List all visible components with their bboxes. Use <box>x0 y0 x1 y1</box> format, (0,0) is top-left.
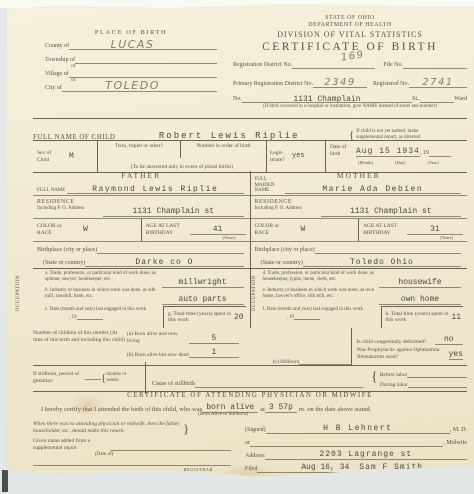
paper-edge-shadow <box>2 470 8 492</box>
mother-occ-h-label: h. Total time (years) spent in this work <box>386 311 452 324</box>
filed-label: Filed <box>245 466 257 473</box>
county-line: LUCAS <box>69 46 217 50</box>
mother-age-label: AGE AT LAST BIRTHDAY <box>363 223 407 236</box>
sex-value: M <box>69 152 74 161</box>
father-occ-b-value: auto parts <box>178 295 226 304</box>
father-occ-cf-row: c. Date (month and year) last engaged in… <box>45 306 246 328</box>
cause-cell: Cause of stillbirth <box>145 362 371 394</box>
time-field: 3 57p <box>265 403 297 413</box>
dob-sublabels: (Month) (Day) (Year) <box>330 160 465 165</box>
sex-cell: Sex of Child M <box>33 141 97 172</box>
mother-birthplace-row: Birthplace (city or place) <box>251 242 468 254</box>
registered-no-value: 2741 <box>422 77 453 89</box>
state-of-ohio: STATE OF OHIO <box>233 15 467 22</box>
village-label: Village of <box>45 71 69 78</box>
city-value: TOLEDO <box>105 80 160 93</box>
md-label: , M. D. <box>450 427 467 434</box>
born-alive-dead-line: 1 <box>189 348 239 358</box>
labor-cell: { Before labor During labor <box>371 368 467 388</box>
father-residence-row: RESIDENCE Including P. O. Address 1131 C… <box>33 196 250 219</box>
during-labor-line <box>408 384 467 388</box>
father-age-label: AGE AT LAST BIRTHDAY <box>146 223 190 236</box>
date-of-birth-cell: Date of birth Aug 15 1934 , 19 (Month) (… <box>325 141 467 172</box>
mother-occ-f-label: f. Date (month and year) last engaged in… <box>263 307 381 313</box>
primary-district-label: Primary Registration District No. <box>233 81 313 88</box>
certificate-title: CERTIFICATE OF BIRTH169 <box>233 41 467 54</box>
parents-band: FATHER FULL NAME Raymond Lewis Riplie RE… <box>33 171 467 328</box>
brace-icon: { <box>371 371 378 385</box>
signed-line: H B Lehnert <box>266 424 450 434</box>
registered-no-line: 2741 <box>409 77 467 88</box>
born-alive-dead-row: (b) Born alive but now dead 1 <box>127 344 273 358</box>
dob-value: Aug 15 1934 <box>356 147 420 157</box>
registrar-left-line <box>33 465 231 466</box>
mother-occupation-vertical-label: OCCUPATION <box>252 275 258 311</box>
city-row: City of TOLEDO <box>45 85 217 92</box>
st-label: St., <box>412 96 420 103</box>
father-residence-label: RESIDENCE Including P. O. Address <box>37 199 84 212</box>
county-row: County of LUCAS <box>45 43 217 50</box>
born-alive-dead-value: 1 <box>211 348 216 357</box>
mother-occ-f-suffix: , 19 <box>287 315 295 321</box>
stillborn-count-cell: (c) Stillborn <box>273 328 351 365</box>
father-occ-g-label: g. Total time (years) spent in this work <box>168 311 234 324</box>
born-alive-living-line: 5 <box>189 334 239 344</box>
street-value: 1131 Champlain <box>293 95 360 104</box>
father-occ-c-line <box>77 316 103 320</box>
time-value: 3 57p <box>269 403 293 412</box>
mother-occ-h: h. Total time (years) spent in this work… <box>381 306 464 328</box>
file-no-line <box>403 65 467 69</box>
children-band: Number of children of this mother (At ti… <box>33 328 467 366</box>
file-no-label: File No. <box>383 62 403 69</box>
mother-age-cell: AGE AT LAST BIRTHDAY 31 (Years) <box>358 219 467 241</box>
child-condition-cell: Is child congenitally deformed? no Was P… <box>351 328 467 365</box>
department-of-health: DEPARTMENT OF HEALTH <box>233 22 467 29</box>
mother-occ-d-label: d. Trade, profession, or particular kind… <box>263 271 383 282</box>
father-name-label: FULL NAME <box>37 188 67 194</box>
stillbirth-band: If stillborn, period of gestation { mont… <box>33 365 467 392</box>
mother-section-title: MOTHER <box>251 172 468 181</box>
legitimate-value: yes <box>292 152 305 160</box>
mother-color-value: W <box>301 225 306 234</box>
mother-occ-d-value: housewife <box>398 278 441 287</box>
plural-note: (To be answered only in event of plural … <box>98 164 266 170</box>
cause-label: Cause of stillbirth <box>152 381 195 388</box>
signed-row: (Signed) H B Lehnert , M. D. <box>245 421 467 434</box>
mother-occ-e-label: e. Industry or business in which work wa… <box>263 288 383 299</box>
prophylactic-label: Was Prophylactic against Ophthalmia Neon… <box>357 347 449 360</box>
mother-occ-f-line <box>294 316 320 320</box>
father-age-line: 41 <box>190 225 246 235</box>
state-header-block: STATE OF OHIO DEPARTMENT OF HEALTH DIVIS… <box>217 15 467 118</box>
father-name-line: Raymond Lewis Riplie <box>67 185 244 194</box>
born-alive-living-label: (a) Born alive and now living <box>127 331 189 344</box>
division-title: DIVISION OF VITAL STATISTICS <box>233 30 467 39</box>
certify-post: m. on the date above stated. <box>299 406 371 413</box>
father-occ-b: b. Industry or business in which work wa… <box>45 288 246 305</box>
father-occ-b-line: auto parts <box>162 295 244 305</box>
address-row: Address 2203 Lagrange st <box>245 447 467 460</box>
ward-line <box>420 99 454 103</box>
header-band: PLACE OF BIRTH County of LUCAS Township … <box>33 15 467 118</box>
dob-label: Date of birth <box>330 144 356 157</box>
address-label: Address <box>245 453 265 460</box>
father-age-value: 41 <box>213 225 223 234</box>
birth-certificate-document: PLACE OF BIRTH County of LUCAS Township … <box>7 3 474 477</box>
no-label: No. <box>233 96 242 103</box>
ward-label: Ward <box>454 96 467 103</box>
father-residence-line: 1131 Champlain st <box>103 207 244 217</box>
brace-icon: } <box>183 422 189 435</box>
sex-table-band: Sex of Child M Twin, triplet or other? N… <box>33 140 467 173</box>
mother-state-label: (State or country) <box>261 260 303 267</box>
scan-background: PLACE OF BIRTH County of LUCAS Township … <box>0 0 474 494</box>
dob-suffix: , 19 <box>420 150 429 157</box>
date-of-label: (Date of) <box>95 452 231 458</box>
father-age-unit: (Years) <box>222 235 235 240</box>
primary-district-line: 2349 <box>313 77 367 88</box>
physician-title: CERTIFICATE OF ATTENDING PHYSICIAN OR MI… <box>33 391 467 399</box>
village-line <box>69 74 217 78</box>
during-labor-row: During labor <box>380 378 467 388</box>
deformed-label: Is child congenitally deformed? <box>357 339 435 345</box>
before-labor-line <box>407 374 467 378</box>
father-state-line: Darke co O <box>85 258 243 267</box>
dob-year-line <box>429 153 451 157</box>
deformed-value: no <box>444 335 454 344</box>
father-color-value: W <box>83 225 88 234</box>
registrar-right-label: REGISTRAR <box>245 474 467 479</box>
legitimate-label: Legit-imate? <box>270 150 292 163</box>
father-color-label: COLOR or RACE <box>37 223 71 236</box>
father-name-row: FATHER FULL NAME Raymond Lewis Riplie <box>33 171 250 196</box>
signature-right-column: (Signed) H B Lehnert , M. D. or , Midwif… <box>245 421 467 479</box>
father-column: FATHER FULL NAME Raymond Lewis Riplie RE… <box>33 171 250 328</box>
gestation-line <box>85 376 101 380</box>
father-occ-a-line: millwright <box>162 278 244 288</box>
father-occupation-block: OCCUPATION a. Trade, profession, or part… <box>33 268 250 328</box>
mother-state-value: Toledo Ohio <box>350 258 414 267</box>
father-birthplace-label: Birthplace (city or place) <box>37 247 97 254</box>
filed-date-value: Aug 16, 34 <box>301 463 349 472</box>
legitimate-cell: Legit-imate? yes <box>266 141 325 172</box>
mother-occ-e-line: own home <box>379 295 461 305</box>
cause-line <box>195 384 363 388</box>
mother-occ-e: e. Industry or business in which work wa… <box>263 288 464 305</box>
mother-occ-d-line: housewife <box>379 278 461 288</box>
plural-births-cell: Twin, triplet or other? Number in order … <box>97 141 266 172</box>
brace-icon: { <box>349 130 354 141</box>
mother-color-label: COLOR or RACE <box>255 223 289 236</box>
deformed-line: no <box>435 335 463 345</box>
or-label: or <box>71 64 217 70</box>
mother-name-line: Marie Ada Debien <box>285 185 462 194</box>
father-occ-b-label: b. Industry or business in which work wa… <box>45 288 165 299</box>
address-line: 2203 Lagrange st <box>265 450 467 460</box>
deformed-row: Is child congenitally deformed? no <box>357 330 463 345</box>
return-note: When there was no attending physician or… <box>33 421 231 435</box>
born-alive-value: born alive <box>206 403 254 412</box>
primary-district-row: Primary Registration District No. 2349 R… <box>233 77 467 88</box>
midwife-row: or , Midwife <box>245 434 467 447</box>
father-birthplace-row: Birthplace (city or place) <box>33 242 250 254</box>
mother-occ-e-value: own home <box>401 295 439 304</box>
father-color-age-row: COLOR or RACE W AGE AT LAST BIRTHDAY 41 … <box>33 219 250 242</box>
certify-pre: I hereby certify that I attended the bir… <box>41 406 202 413</box>
midwife-label: , Midwife <box>443 440 467 447</box>
mother-name-value: Marie Ada Debien <box>322 185 423 194</box>
father-state-label: (State or country) <box>43 260 85 267</box>
months-weeks-label: months or weeks <box>106 372 130 384</box>
mother-age-unit: (Years) <box>440 235 453 240</box>
children-label: Number of children of this mother (At ti… <box>33 328 127 365</box>
midwife-line <box>250 443 443 447</box>
mother-state-line: Toledo Ohio <box>303 258 461 267</box>
born-alive-living-value: 5 <box>211 334 216 343</box>
father-occ-c-label: c. Date (month and year) last engaged in… <box>45 307 163 313</box>
given-name-row: Given name added from a supplemental rep… <box>33 438 231 451</box>
signed-value: H B Lehnert <box>323 424 392 433</box>
given-name-line <box>111 447 231 451</box>
mother-age-value: 31 <box>430 225 440 234</box>
registration-district-row: Registration District No. File No. <box>233 62 467 69</box>
father-section-title: FATHER <box>33 172 250 181</box>
certify-sentence: I hereby certify that I attended the bir… <box>33 403 467 413</box>
mother-residence-value: 1131 Champlain st <box>350 207 432 216</box>
township-line <box>75 60 217 64</box>
mother-name-row: MOTHER FULL MAIDEN NAME Marie Ada Debien <box>251 171 468 196</box>
place-of-birth-block: PLACE OF BIRTH County of LUCAS Township … <box>33 15 217 118</box>
mother-color-age-row: COLOR or RACE W AGE AT LAST BIRTHDAY 31 … <box>251 219 468 242</box>
born-alive-dead-label: (b) Born alive but now dead <box>127 352 189 358</box>
father-occ-g: g. Total time (years) spent in this work… <box>163 306 246 328</box>
address-value: 2203 Lagrange st <box>319 450 412 459</box>
mother-occupation-block: OCCUPATION d. Trade, profession, or part… <box>251 268 468 328</box>
filed-row: Filed Aug 16, 34Sam F Smith <box>245 460 467 473</box>
registrar-left-column: When there was no attending physician or… <box>33 421 231 479</box>
mother-birthplace-label: Birthplace (city or place) <box>255 247 315 254</box>
father-name-value: Raymond Lewis Riplie <box>92 185 218 194</box>
signed-label: (Signed) <box>245 427 266 434</box>
father-state-value: Darke co O <box>135 258 193 267</box>
sex-label: Sex of Child <box>37 150 59 163</box>
given-name-label: Given name added from a supplemental rep… <box>33 438 111 451</box>
physician-band: CERTIFICATE OF ATTENDING PHYSICIAN OR MI… <box>33 391 467 471</box>
mother-state-row: (State or country) Toledo Ohio <box>251 254 468 268</box>
mother-occ-fh-row: f. Date (month and year) last engaged in… <box>263 306 464 328</box>
city-line: TOLEDO <box>62 88 217 92</box>
father-age-cell: AGE AT LAST BIRTHDAY 41 (Years) <box>141 219 250 241</box>
mother-occ-h-value: 11 <box>451 313 461 322</box>
primary-district-value: 2349 <box>324 77 355 89</box>
street-line: 1131 Champlain <box>242 95 412 103</box>
mother-occ-f: f. Date (month and year) last engaged in… <box>263 306 381 328</box>
place-of-birth-title: PLACE OF BIRTH <box>45 29 217 36</box>
father-occ-a-value: millwright <box>178 278 226 287</box>
county-value: LUCAS <box>111 39 155 52</box>
filed-line: Aug 16, 34Sam F Smith <box>257 463 467 473</box>
mother-age-line: 31 <box>407 225 463 235</box>
day-label: (Day) <box>395 160 406 165</box>
mother-residence-row: RESIDENCE Including P. O. Address 1131 C… <box>251 196 468 219</box>
registered-no-label: Registered No. <box>373 81 409 88</box>
gestation-label: If stillborn, period of gestation <box>33 371 85 384</box>
father-occ-a-label: a. Trade, profession, or particular kind… <box>45 271 165 282</box>
prophylactic-row: Was Prophylactic against Ophthalmia Neon… <box>357 345 463 360</box>
mother-residence-line: 1131 Champlain st <box>321 207 462 217</box>
father-residence-value: 1131 Champlain st <box>132 207 214 216</box>
registrar-left-label: REGISTRAR <box>33 467 231 472</box>
registrar-signature: Sam F Smith <box>359 463 423 472</box>
hospital-note: (If birth occurred in a hospital or inst… <box>233 104 467 110</box>
county-label: County of <box>45 43 69 50</box>
mother-residence-label: RESIDENCE Including P. O. Address <box>255 199 302 212</box>
street-row: No. 1131 Champlain St., Ward <box>233 95 467 103</box>
born-alive-living-row: (a) Born alive and now living 5 <box>127 330 273 344</box>
born-alive-field: born alive (Born Alive or Stillborn) <box>202 403 258 413</box>
before-labor-row: Before labor <box>380 368 467 378</box>
father-occ-c-suffix: , 19 <box>69 315 77 321</box>
mother-column: MOTHER FULL MAIDEN NAME Marie Ada Debien… <box>250 171 468 328</box>
registration-district-label: Registration District No. <box>233 62 292 69</box>
father-occ-g-value: 20 <box>234 313 244 322</box>
registration-district-line <box>292 65 375 69</box>
city-label: City of <box>45 85 62 92</box>
mother-occ-d: d. Trade, profession, or particular kind… <box>263 271 464 288</box>
gestation-cell: If stillborn, period of gestation { mont… <box>33 365 145 391</box>
children-counts: (a) Born alive and now living 5 (b) Born… <box>127 328 273 365</box>
father-occupation-vertical-label: OCCUPATION <box>16 275 22 311</box>
father-state-row: (State or country) Darke co O <box>33 254 250 268</box>
mother-color-cell: COLOR or RACE W <box>251 219 359 241</box>
father-occ-c: c. Date (month and year) last engaged in… <box>45 306 163 328</box>
prophylactic-value: yes <box>449 350 463 359</box>
prophylactic-line: yes <box>449 350 463 360</box>
father-color-cell: COLOR or RACE W <box>33 219 141 241</box>
father-occ-a: a. Trade, profession, or particular kind… <box>45 271 246 288</box>
month-label: (Month) <box>358 160 373 165</box>
year-label: (Year) <box>428 160 439 165</box>
